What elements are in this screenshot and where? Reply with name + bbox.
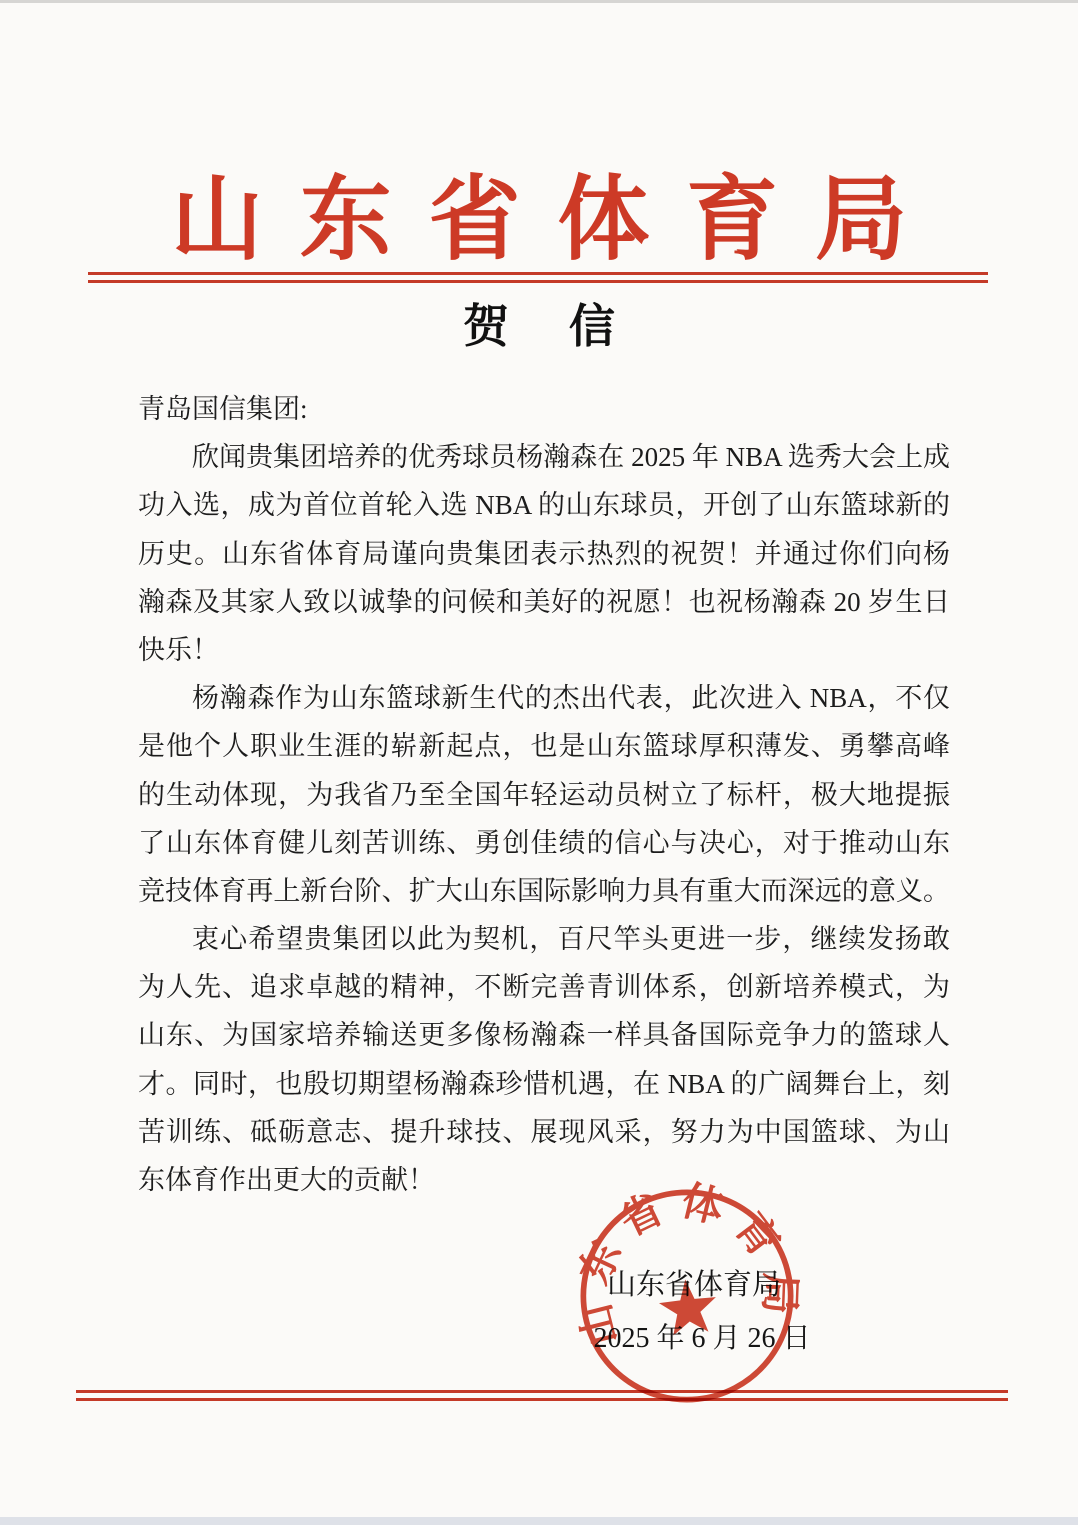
body-line: 竞技体育再上新台阶、扩大山东国际影响力具有重大而深远的意义。	[138, 867, 950, 915]
body-line: 为人先、追求卓越的精神，不断完善青训体系，创新培养模式，为	[138, 963, 950, 1011]
body-line: 功入选，成为首位首轮入选 NBA 的山东球员，开创了山东篮球新的	[138, 481, 950, 529]
body-line: 是他个人职业生涯的崭新起点，也是山东篮球厚积薄发、勇攀高峰	[138, 722, 950, 770]
footer-separator	[76, 1390, 1008, 1401]
body-line: 了山东体育健儿刻苦训练、勇创佳绩的信心与决心，对于推动山东	[138, 819, 950, 867]
letter-page: 山东省体育局 贺信 青岛国信集团:欣闻贵集团培养的优秀球员杨瀚森在 2025 年…	[0, 0, 1078, 1525]
scan-edge-top	[0, 0, 1078, 3]
body-line: 瀚森及其家人致以诚挚的问候和美好的祝愿！也祝杨瀚森 20 岁生日	[138, 578, 950, 626]
body-line: 东体育作出更大的贡献！	[138, 1156, 950, 1204]
seal-star-icon	[657, 1277, 720, 1337]
body-line: 欣闻贵集团培养的优秀球员杨瀚森在 2025 年 NBA 选秀大会上成	[138, 433, 950, 481]
org-title: 山东省体育局	[0, 146, 1078, 278]
body-line: 山东、为国家培养输送更多像杨瀚森一样具备国际竞争力的篮球人	[138, 1011, 950, 1059]
body-line: 苦训练、砥砺意志、提升球技、展现风采，努力为中国篮球、为山	[138, 1108, 950, 1156]
body-line: 衷心希望贵集团以此为契机，百尺竿头更进一步，继续发扬敢	[138, 915, 950, 963]
official-seal: 山东省体育局	[562, 1171, 813, 1422]
body-line: 的生动体现，为我省乃至全国年轻运动员树立了标杆，极大地提振	[138, 771, 950, 819]
body-line: 青岛国信集团:	[138, 385, 950, 433]
scan-edge-bottom	[0, 1517, 1078, 1525]
body-line: 杨瀚森作为山东篮球新生代的杰出代表，此次进入 NBA，不仅	[138, 674, 950, 722]
body-line: 快乐！	[138, 626, 950, 674]
letter-body: 青岛国信集团:欣闻贵集团培养的优秀球员杨瀚森在 2025 年 NBA 选秀大会上…	[138, 385, 950, 1204]
doc-title: 贺信	[0, 290, 1078, 356]
body-line: 才。同时，也殷切期望杨瀚森珍惜机遇，在 NBA 的广阔舞台上，刻	[138, 1060, 950, 1108]
header-separator	[88, 272, 988, 283]
body-line: 历史。山东省体育局谨向贵集团表示热烈的祝贺！并通过你们向杨	[138, 530, 950, 578]
